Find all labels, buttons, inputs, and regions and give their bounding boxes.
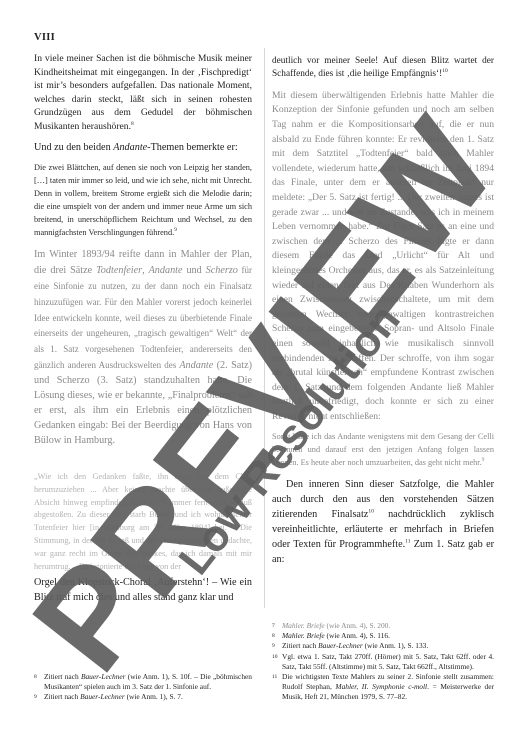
footnote: 11 Die wichtigsten Texte Mahlers zu sein… — [272, 672, 494, 703]
footnote-ref: 9 — [482, 458, 485, 464]
block-quote: „Wie ich den Gedanken faßte, ihn oben vo… — [34, 471, 252, 574]
footnote-number: 10 — [272, 652, 282, 672]
italic-text: Andante — [179, 360, 213, 371]
paragraph-text: Mit diesem überwältigenden Erlebnis hatt… — [272, 90, 494, 422]
footnote-text: Mahler. Briefe (wie Anm. 4), S. 200. — [282, 621, 494, 631]
footnote-text: Zitiert nach Bauer-Lechner (wie Anm. 1),… — [44, 692, 252, 702]
footnote-number: 8 — [34, 672, 44, 692]
paragraph-text: Und zu den beiden — [34, 142, 113, 153]
footnote-number: 11 — [272, 672, 282, 703]
block-quote: Sonst hätte ich das Andante wenigstens m… — [272, 431, 494, 470]
paragraph-text: deutlich vor meiner Seele! Auf diesen Bl… — [272, 56, 494, 79]
italic-text: Todtenfeier — [96, 265, 142, 276]
paragraph: Den inneren Sinn dieser Satzfolge, die M… — [272, 478, 494, 567]
footnote-text-part: Zitiert nach — [44, 692, 80, 701]
quote-text: Sonst hätte ich das Andante wenigstens m… — [272, 432, 494, 467]
footnote-text: Zitiert nach Bauer-Lechner (wie Anm. 1),… — [44, 672, 252, 692]
footnotes-right: 7 Mahler. Briefe (wie Anm. 4), S. 200. 8… — [272, 621, 494, 703]
italic-text: Mahler. Briefe — [282, 631, 325, 640]
italic-text: Andante — [113, 142, 147, 153]
paragraph-text: (2. Satz) und Scherzo (3. Satz) standzuh… — [34, 360, 252, 446]
italic-text: Scherzo — [206, 265, 238, 276]
footnote: 8 Zitiert nach Bauer-Lechner (wie Anm. 1… — [34, 672, 252, 692]
footnote-text: Vgl. etwa 1. Satz, Takt 270ff. (Hörner) … — [282, 652, 494, 672]
footnote-text-part: (wie Anm. 1), S. 133. — [363, 641, 429, 650]
paragraph-text: -Themen bemerkte er: — [147, 142, 238, 153]
footnote: 7 Mahler. Briefe (wie Anm. 4), S. 200. — [272, 621, 494, 631]
italic-text: Bauer-Lechner — [80, 692, 125, 701]
footnote-number: 7 — [272, 621, 282, 631]
quote-text: Die zwei Blättchen, auf denen sie noch v… — [34, 163, 252, 237]
paragraph-text: In viele meiner Sachen ist die böhmische… — [34, 53, 252, 132]
footnote-number: 9 — [272, 641, 282, 651]
footnote-text-part: (wie Anm. 4), S. 200. — [325, 621, 391, 630]
footnote-text: Zitiert nach Bauer-Lechner (wie Anm. 1),… — [282, 641, 494, 651]
footnote-text: Mahler. Briefe (wie Anm. 4), S. 116. — [282, 631, 494, 641]
paragraph-text: Orgel den Klopstock-Choral ‚Auferstehn‘!… — [34, 577, 252, 603]
paragraph: Und zu den beiden Andante-Themen bemerkt… — [34, 141, 252, 156]
paragraph: In viele meiner Sachen ist die böhmische… — [34, 52, 252, 134]
footnote: 8 Mahler. Briefe (wie Anm. 4), S. 116. — [272, 631, 494, 641]
italic-text: Bauer-Lechner — [81, 672, 126, 681]
footnote-ref: 10 — [442, 68, 448, 74]
quote-text: „Wie ich den Gedanken faßte, ihn oben vo… — [34, 472, 252, 571]
page-number: VIII — [34, 32, 55, 43]
footnote-text-part: (wie Anm. 1), S. 7. — [125, 692, 183, 701]
footnote-text-part: Vgl. etwa 1. Satz, Takt 270ff. (Hörner) … — [282, 652, 494, 671]
paragraph-text: und — [183, 265, 206, 276]
footnote: 9 Zitiert nach Bauer-Lechner (wie Anm. 1… — [272, 641, 494, 651]
italic-text: Mahler. Briefe — [282, 621, 325, 630]
paragraph: deutlich vor meiner Seele! Auf diesen Bl… — [272, 55, 494, 82]
footnotes-left: 8 Zitiert nach Bauer-Lechner (wie Anm. 1… — [34, 672, 252, 703]
footnote-text-part: (wie Anm. 4), S. 116. — [325, 631, 390, 640]
column-divider — [264, 48, 265, 608]
document-page: VIII In viele meiner Sachen ist die böhm… — [0, 0, 530, 750]
footnote-number: 9 — [34, 692, 44, 702]
paragraph: Orgel den Klopstock-Choral ‚Auferstehn‘!… — [34, 576, 252, 606]
footnote-ref: 8 — [131, 121, 134, 127]
italic-text: Mahler, II. Symphonie c-moll — [335, 682, 427, 691]
footnote: 9 Zitiert nach Bauer-Lechner (wie Anm. 1… — [34, 692, 252, 702]
footnote-text-part: Zitiert nach — [282, 641, 318, 650]
right-column: deutlich vor meiner Seele! Auf diesen Bl… — [272, 55, 494, 575]
block-quote: Die zwei Blättchen, auf denen sie noch v… — [34, 162, 252, 239]
paragraph-text: für eine Sinfonie zu nutzen, zu der dann… — [34, 265, 252, 370]
footnote-ref: 9 — [174, 227, 177, 233]
footnote: 10 Vgl. etwa 1. Satz, Takt 270ff. (Hörne… — [272, 652, 494, 672]
paragraph: Im Winter 1893/94 reifte dann in Mahler … — [34, 248, 252, 449]
footnote-number: 8 — [272, 631, 282, 641]
footnote-text: Die wichtigsten Texte Mahlers zu seiner … — [282, 672, 494, 703]
footnote-text-part: Zitiert nach — [44, 672, 81, 681]
left-column: In viele meiner Sachen ist die böhmische… — [34, 52, 252, 613]
italic-text: Andante — [149, 265, 183, 276]
paragraph: Mit diesem überwältigenden Erlebnis hatt… — [272, 89, 494, 425]
italic-text: Bauer-Lechner — [318, 641, 363, 650]
